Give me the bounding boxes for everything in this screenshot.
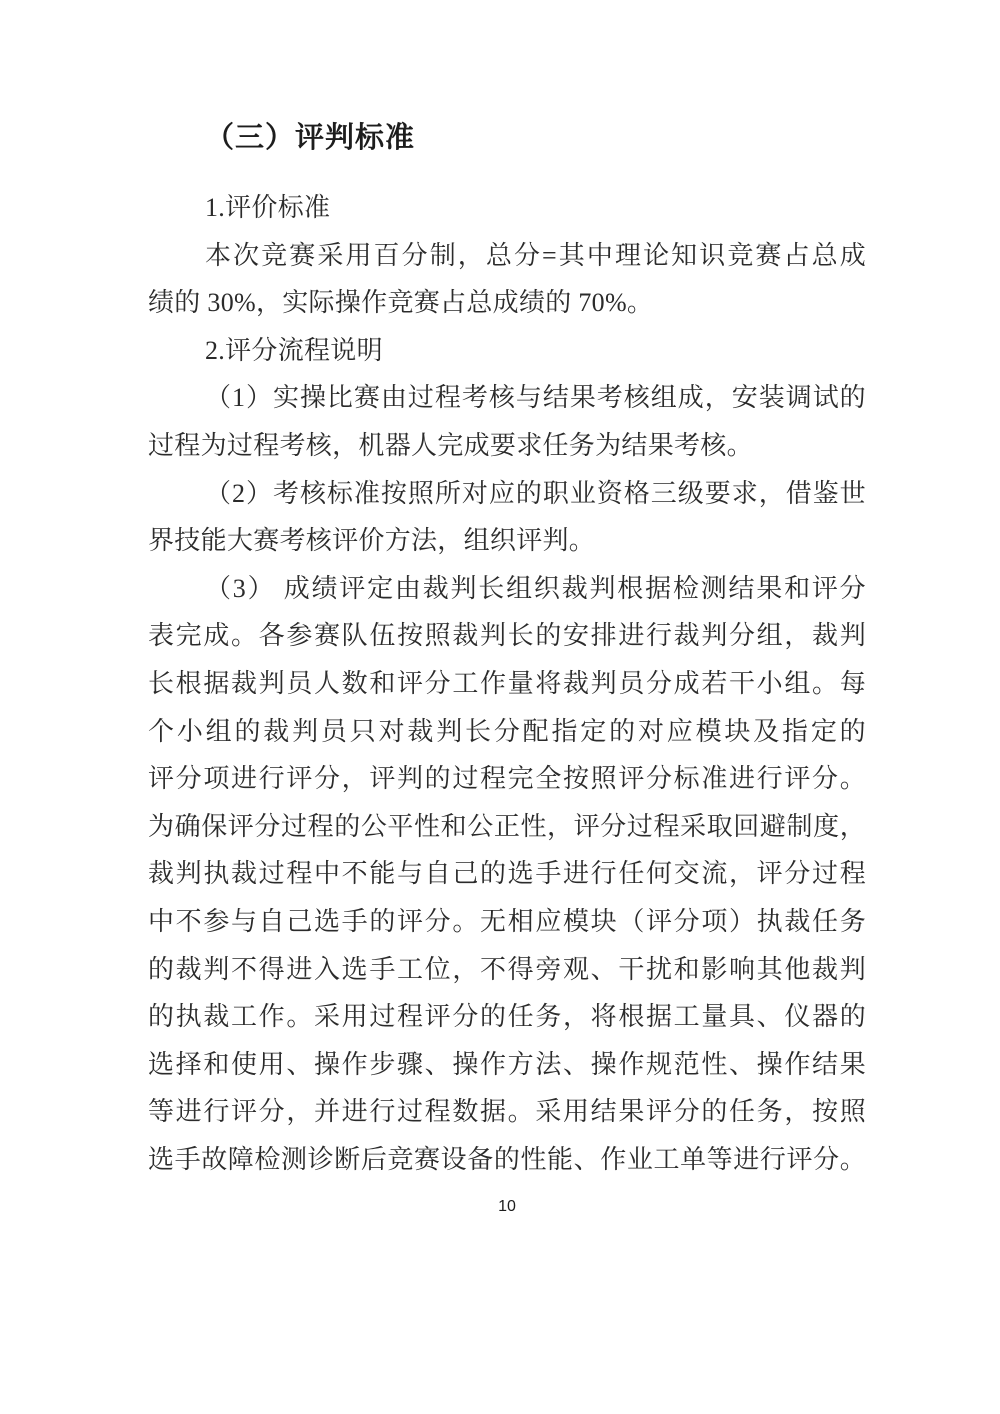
text-column: （三）评判标准 1.评价标准本次竞赛采用百分制，总分=其中理论知识竞赛占总成绩的… bbox=[148, 0, 866, 1217]
text-line: 中不参与自己选手的评分。无相应模块（评分项）执裁任务 bbox=[148, 898, 866, 946]
text-line: 选择和使用、操作步骤、操作方法、操作规范性、操作结果 bbox=[148, 1041, 866, 1089]
text-line: （2）考核标准按照所对应的职业资格三级要求，借鉴世 bbox=[148, 470, 866, 518]
text-line: 选手故障检测诊断后竞赛设备的性能、作业工单等进行评分。 bbox=[148, 1136, 866, 1184]
text-line: 1.评价标准 bbox=[148, 184, 866, 232]
text-line: 绩的 30%，实际操作竞赛占总成绩的 70%。 bbox=[148, 279, 866, 327]
text-line: 2.评分流程说明 bbox=[148, 327, 866, 375]
section-heading: （三）评判标准 bbox=[148, 118, 866, 158]
page-number: 10 bbox=[148, 1197, 866, 1217]
text-line: 为确保评分过程的公平性和公正性，评分过程采取回避制度， bbox=[148, 803, 866, 851]
text-line: 等进行评分，并进行过程数据。采用结果评分的任务，按照 bbox=[148, 1088, 866, 1136]
text-line: 评分项进行评分，评判的过程完全按照评分标准进行评分。 bbox=[148, 755, 866, 803]
text-line: （3） 成绩评定由裁判长组织裁判根据检测结果和评分 bbox=[148, 565, 866, 613]
text-line: 的执裁工作。采用过程评分的任务，将根据工量具、仪器的 bbox=[148, 993, 866, 1041]
document-page: （三）评判标准 1.评价标准本次竞赛采用百分制，总分=其中理论知识竞赛占总成绩的… bbox=[0, 0, 1000, 1414]
text-line: 个小组的裁判员只对裁判长分配指定的对应模块及指定的 bbox=[148, 708, 866, 756]
text-line: 长根据裁判员人数和评分工作量将裁判员分成若干小组。每 bbox=[148, 660, 866, 708]
text-line: 本次竞赛采用百分制，总分=其中理论知识竞赛占总成 bbox=[148, 232, 866, 280]
text-lines: 1.评价标准本次竞赛采用百分制，总分=其中理论知识竞赛占总成绩的 30%，实际操… bbox=[148, 184, 866, 1183]
text-line: 过程为过程考核，机器人完成要求任务为结果考核。 bbox=[148, 422, 866, 470]
text-line: 界技能大赛考核评价方法，组织评判。 bbox=[148, 517, 866, 565]
text-line: 的裁判不得进入选手工位，不得旁观、干扰和影响其他裁判 bbox=[148, 946, 866, 994]
text-line: （1）实操比赛由过程考核与结果考核组成，安装调试的 bbox=[148, 374, 866, 422]
text-line: 裁判执裁过程中不能与自己的选手进行任何交流，评分过程 bbox=[148, 850, 866, 898]
text-line: 表完成。各参赛队伍按照裁判长的安排进行裁判分组，裁判 bbox=[148, 612, 866, 660]
